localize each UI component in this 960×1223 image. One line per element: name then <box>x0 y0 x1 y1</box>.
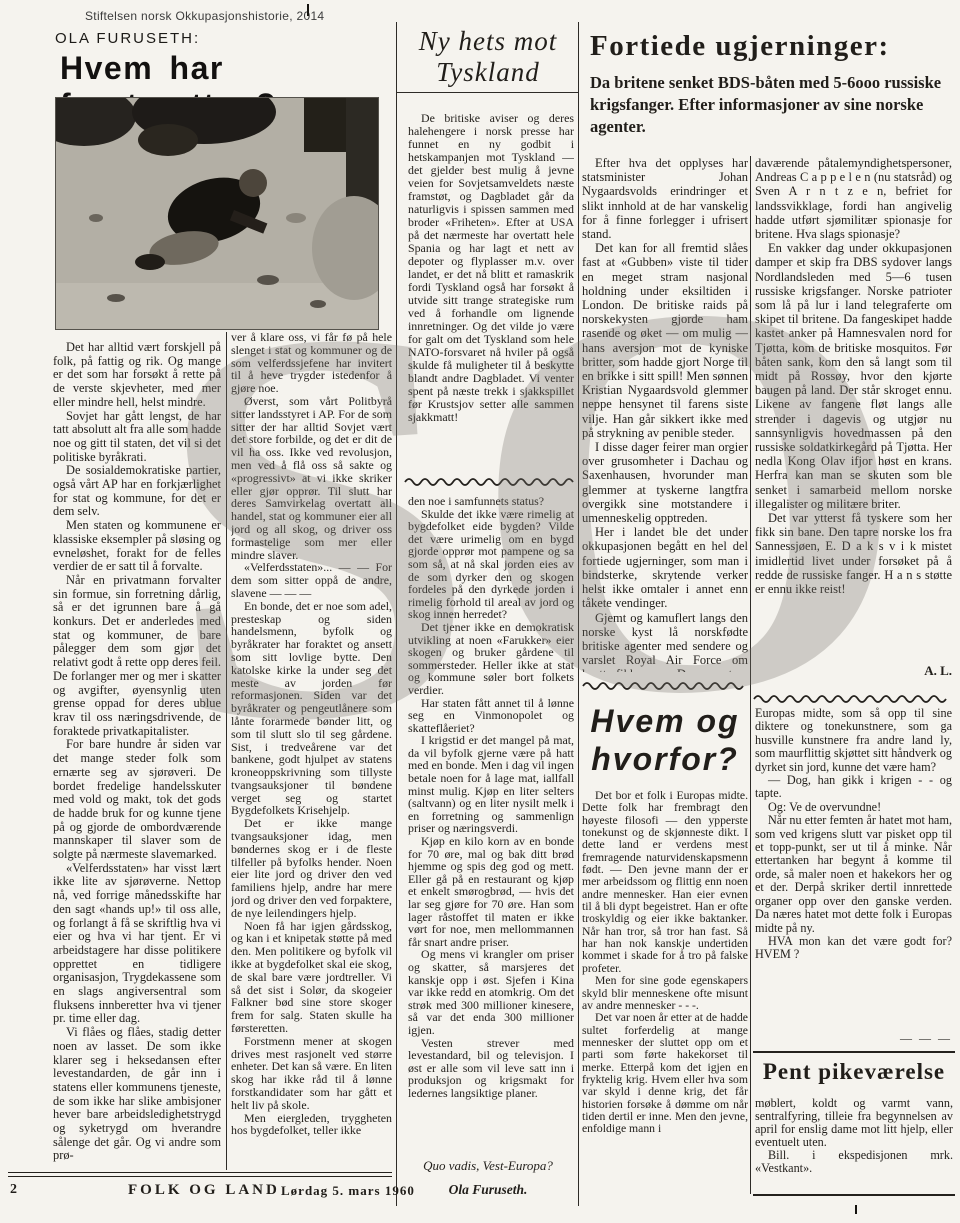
paragraph: De britiske aviser og deres halehengere … <box>408 112 574 424</box>
paragraph: — Dog, han gikk i krigen - - og tapte. <box>755 774 952 801</box>
paragraph: Gjemt og kamuflert langs den norske kyst… <box>582 611 748 673</box>
paper-name: FOLK OG LAND <box>128 1182 280 1199</box>
paragraph: Det har alltid vært forskjell på folk, p… <box>53 341 221 410</box>
paragraph: ver å klare oss, vi får fø på hele sleng… <box>231 331 392 395</box>
paragraph: Det var noen år etter at de hadde sultet… <box>582 1012 748 1135</box>
paragraph: Det tjener ikke en demokratisk utvikling… <box>408 621 574 697</box>
hvem-column-2: Europas midte, som så opp til sine dikte… <box>755 707 952 1029</box>
fold-mark-top <box>307 4 309 16</box>
paragraph: Vesten strever med levestandard, bil og … <box>408 1037 574 1100</box>
hvem-title-line1: Hvem og <box>582 702 748 740</box>
paragraph: Det var ytterst få tyskere som her fikk … <box>755 511 952 596</box>
paragraph: HVA mon kan det være godt for? HVEM ? <box>755 935 952 962</box>
paragraph: Men eiergleden, tryggheten hos bygdefolk… <box>231 1112 392 1138</box>
lead-closing-question: Quo vadis, Vest-Europa? <box>400 1158 576 1174</box>
lead-column-2: ver å klare oss, vi får fø på hele sleng… <box>231 331 392 1164</box>
fortiede-signature: A. L. <box>755 663 960 679</box>
fold-mark-bottom <box>855 1205 857 1214</box>
paragraph: De sosialdemokratiske partier, også vårt… <box>53 464 221 519</box>
paragraph: Det kan for all fremtid slåes fast at «G… <box>582 241 748 440</box>
ad-top-rule <box>753 1051 955 1053</box>
ad-title: Pent pikeværelse <box>753 1059 955 1085</box>
ad-bottom-rule <box>753 1194 955 1196</box>
paragraph: For bare hundre år siden var det mange s… <box>53 738 221 861</box>
footer-rule <box>8 1172 392 1177</box>
hets-title-line1: Ny hets mot <box>400 26 576 57</box>
lead-byline: OLA FURUSETH: <box>55 30 200 47</box>
hvem-column-1: Det bor et folk i Europas midte. Dette f… <box>582 790 748 1193</box>
newspaper-page: Stiftelsen norsk Okkupasjonshistorie, 20… <box>0 0 960 1223</box>
quo-vadis-line: Quo vadis, Vest-Europa? <box>423 1158 553 1173</box>
fortiede-subtitle: Da britene senket BDS-båten med 5-6ooo r… <box>590 72 952 138</box>
paragraph: Det er ikke mange tvangsauksjoner idag, … <box>231 817 392 919</box>
hvem-title: Hvem og hvorfor? <box>582 702 748 778</box>
photo-illustration <box>56 98 378 329</box>
lead-column-1: Det har alltid vært forskjell på folk, p… <box>53 341 221 1165</box>
hvem-title-line2: hvorfor? <box>582 740 748 778</box>
paragraph: Og: Ve de overvundne! <box>755 801 952 814</box>
paragraph: Her i landet ble det under okkupasjonen … <box>582 525 748 610</box>
paragraph: Efter hva det opplyses har statsminister… <box>582 156 748 241</box>
paragraph: møblert, koldt og varmt vann, sentralfyr… <box>755 1097 953 1149</box>
fortiede-column-1: Efter hva det opplyses har statsminister… <box>582 156 748 672</box>
paragraph: I krigstid er det mangel på mat, da vil … <box>408 734 574 835</box>
wavy-separator <box>582 681 750 691</box>
ad-body: møblert, koldt og varmt vann, sentralfyr… <box>755 1097 953 1190</box>
fortiede-column-2: daværende påtalemyndighetspersoner, Andr… <box>755 156 952 661</box>
paragraph: daværende påtalemyndighetspersoner, Andr… <box>755 156 952 241</box>
hvem-end-dashes: — — — <box>755 1031 960 1046</box>
paragraph: Når nu etter femten år hatet mot ham, so… <box>755 814 952 935</box>
archive-stamp-text: Stiftelsen norsk Okkupasjonshistorie, 20… <box>85 9 324 23</box>
paragraph: En bonde, det er noe som adel, presteska… <box>231 600 392 818</box>
paragraph: Forstmenn mener at skogen drives mest ra… <box>231 1035 392 1112</box>
column-divider <box>396 22 397 1206</box>
paragraph: Har staten fått annet til å lønne seg en… <box>408 697 574 735</box>
paragraph: En vakker dag under okkupasjonen damper … <box>755 241 952 511</box>
paragraph: Vi flåes og flåes, stadig detter noen av… <box>53 1026 221 1163</box>
paragraph: Men staten og kommunene er klassiske eks… <box>53 519 221 574</box>
issue-date: Lørdag 5. mars 1960 <box>281 1183 415 1199</box>
fortiede-title: Fortiede ugjerninger: <box>590 30 956 63</box>
paragraph: Skulde det ikke være rimelig at bygdefol… <box>408 508 574 621</box>
paragraph: «Velferdsstaten»... — — For dem som sitt… <box>231 561 392 599</box>
column-divider <box>750 156 751 1194</box>
paragraph: Bill. i ekspedisjonen mrk. «Vestkant». <box>755 1149 953 1175</box>
paragraph: Når en privatmann forvalter sin formue, … <box>53 574 221 738</box>
column-divider <box>578 22 579 1206</box>
lead-photo <box>55 97 379 330</box>
paragraph: I disse dager feirer man orgier over gru… <box>582 440 748 525</box>
paragraph: Sovjet har gått lengst, de har tatt abso… <box>53 410 221 465</box>
lead-signature: Ola Furuseth. <box>400 1182 576 1198</box>
paragraph: Noen få har igjen gårdsskog, og kan i et… <box>231 920 392 1035</box>
wavy-separator <box>404 477 576 487</box>
paragraph: Øverst, som vårt Politbyrå sitter landss… <box>231 395 392 561</box>
lead-column-3: den noe i samfunnets status?Skulde det i… <box>408 495 574 1153</box>
paragraph: Og mens vi krangler om priser og skatter… <box>408 948 574 1036</box>
wavy-separator <box>753 694 953 704</box>
paragraph: Det bor et folk i Europas midte. Dette f… <box>582 790 748 975</box>
hets-title-rule <box>397 92 578 93</box>
hets-body: De britiske aviser og deres halehengere … <box>408 112 574 474</box>
paragraph: den noe i samfunnets status? <box>408 495 574 508</box>
column-divider <box>226 332 227 1170</box>
page-number: 2 <box>10 1182 17 1198</box>
paragraph: Men for sine gode egenskapers skyld blir… <box>582 975 748 1012</box>
paragraph: Kjøp en kilo korn av en bonde for 70 øre… <box>408 835 574 948</box>
paragraph: Europas midte, som så opp til sine dikte… <box>755 707 952 774</box>
hets-title: Ny hets mot Tyskland <box>400 26 576 88</box>
paragraph: «Velferdsstaten» har visst lært ikke lit… <box>53 862 221 1026</box>
hets-title-line2: Tyskland <box>400 57 576 88</box>
